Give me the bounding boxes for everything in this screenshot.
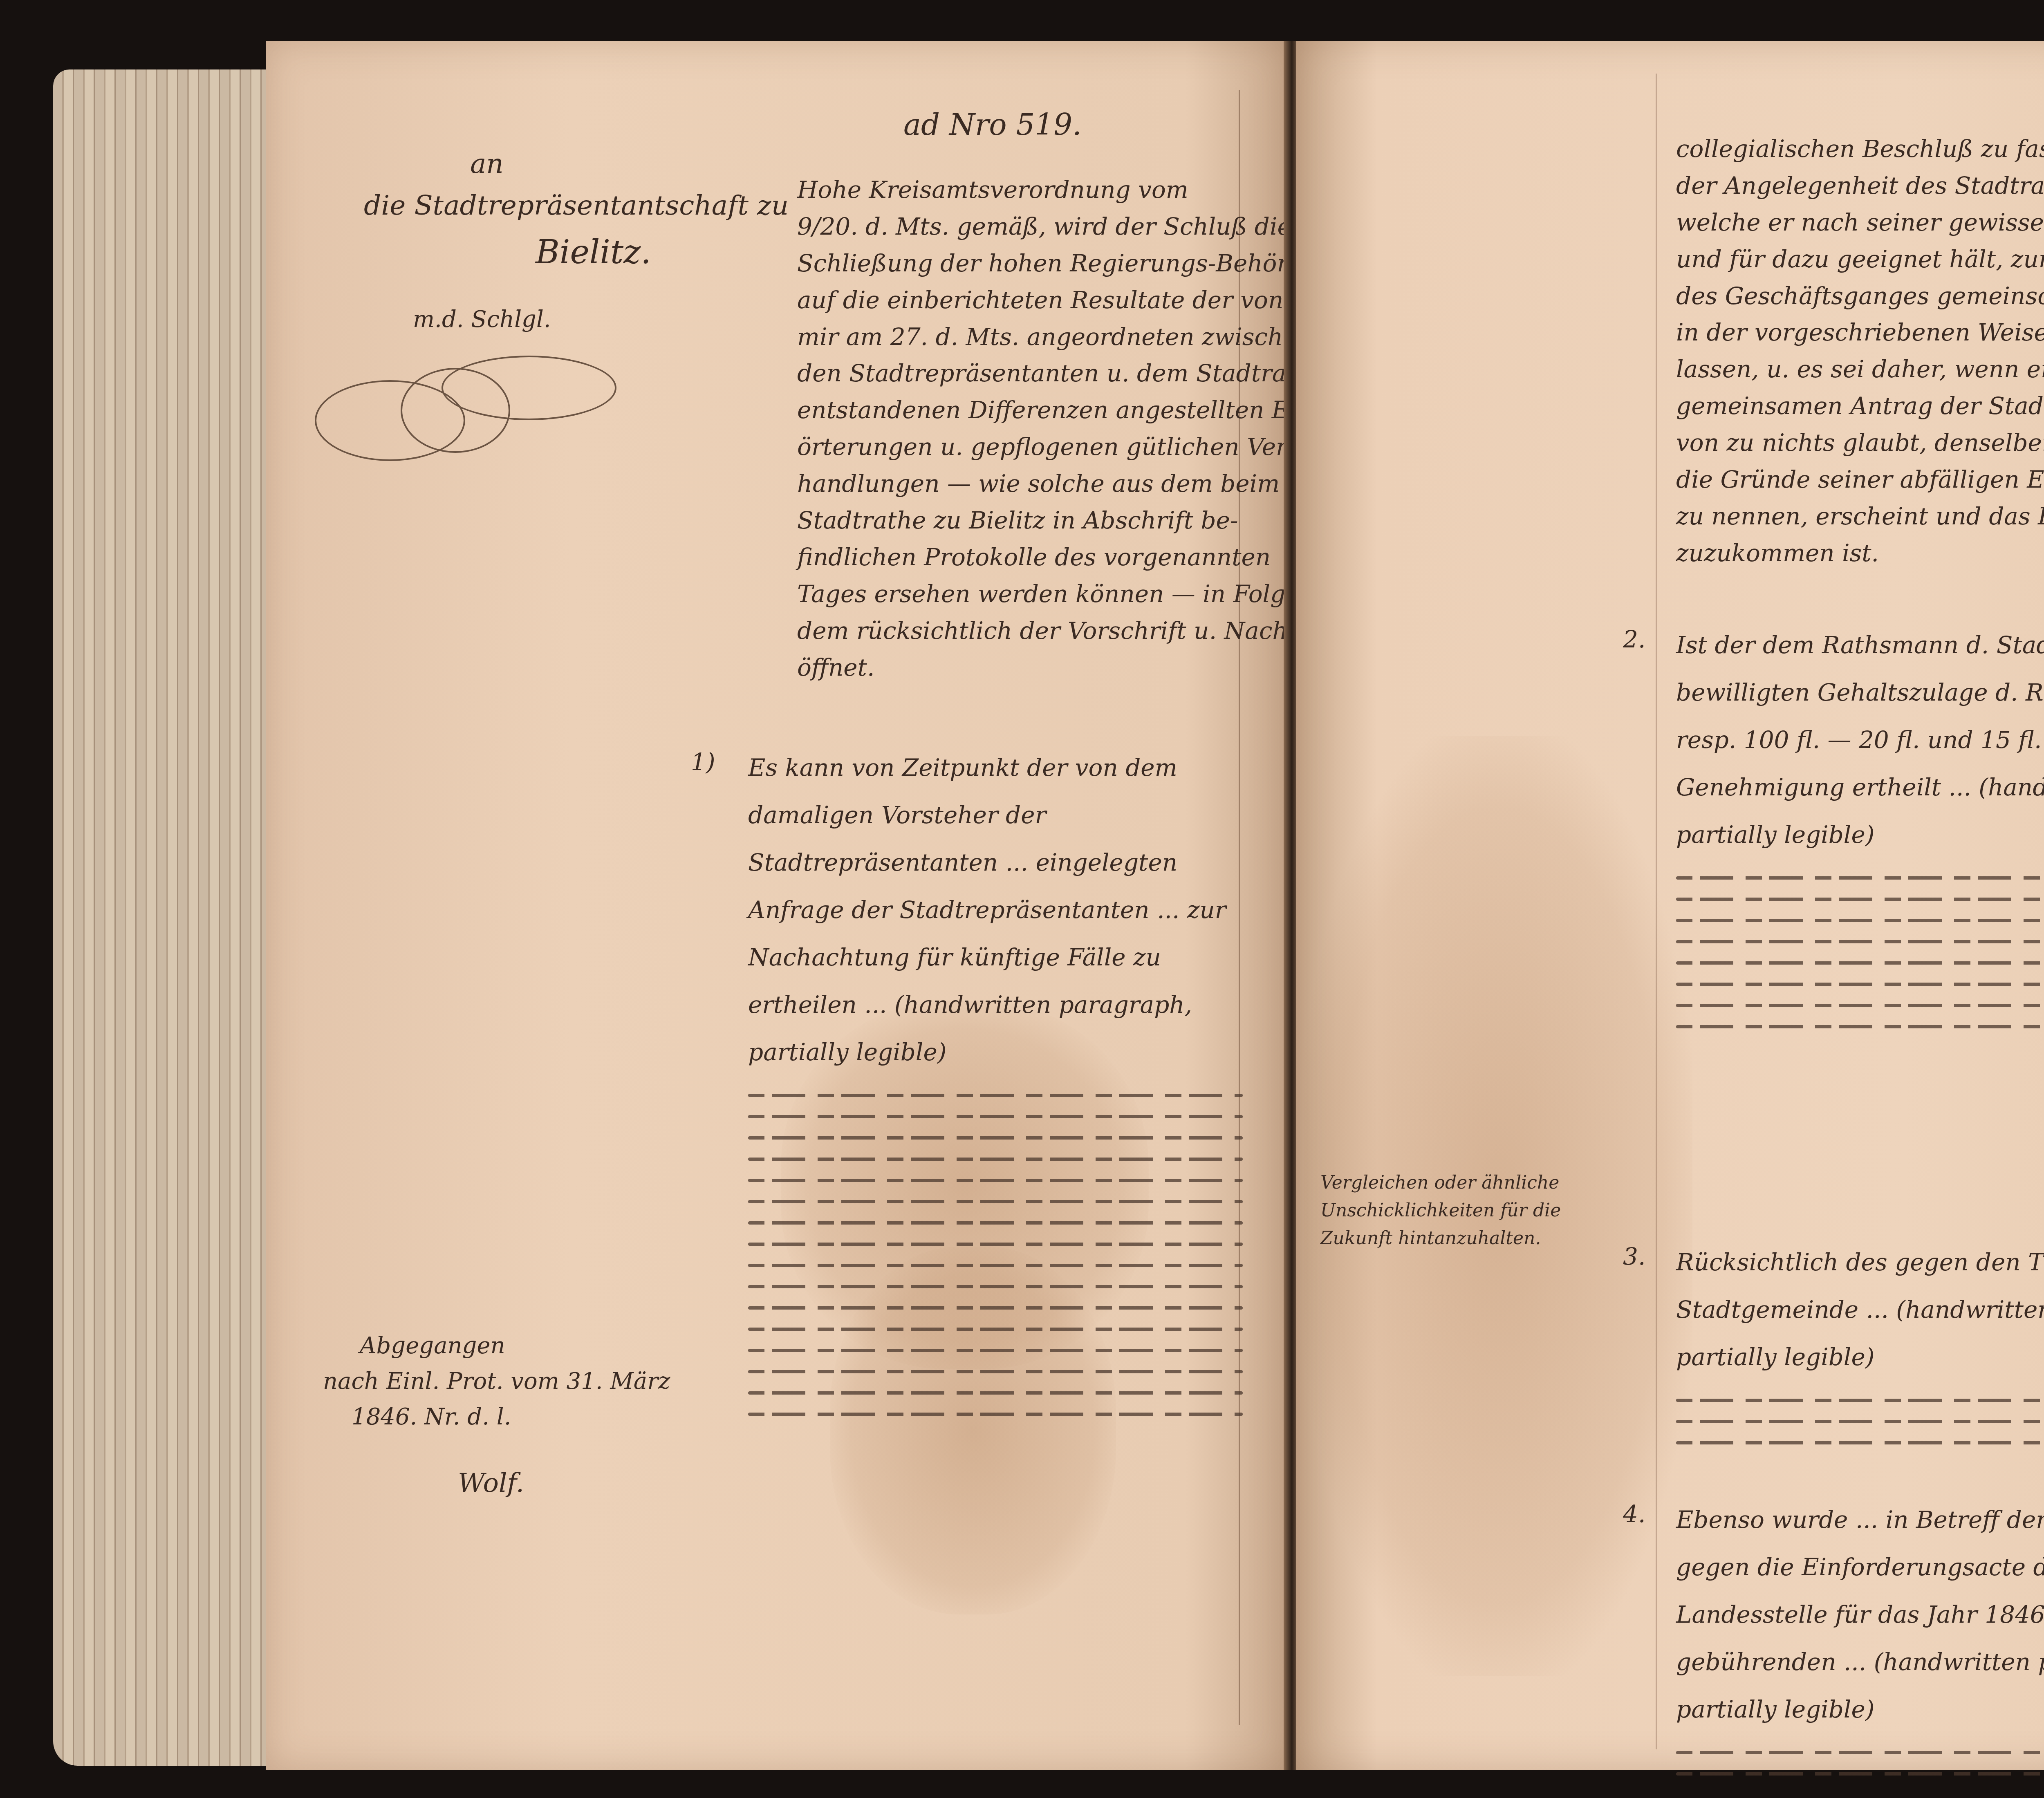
body-line: auf die einberichteten Resultate der von: [797, 282, 1267, 319]
address-line-3: Bielitz.: [364, 227, 789, 278]
note-line-1: Abgegangen: [323, 1328, 670, 1364]
body-line: von zu nichts glaubt, denselben wenigste…: [1676, 425, 2044, 461]
open-bound-volume: ad Nro 519. an die Stadtrepräsentantscha…: [53, 16, 2044, 1786]
item-1-text: Es kann von Zeitpunkt der von dem damali…: [748, 744, 1243, 1076]
item-3-text: Rücksichtlich des gegen den Theilverkauf…: [1676, 1238, 2044, 1381]
body-line: 9/20. d. Mts. gemäß, wird der Schluß die…: [797, 208, 1267, 245]
note-line: Vergleichen oder ähnliche: [1320, 1169, 1561, 1197]
body-line: dem rücksichtlich der Vorschrift u. Nach…: [797, 613, 1267, 649]
left-page-stack-edge: [53, 69, 282, 1766]
item-4: 4. Ebenso wurde ... in Betreff der Einsc…: [1623, 1496, 2044, 1794]
body-line: entstandenen Differenzen angestellten Er…: [797, 392, 1267, 429]
body-line: mir am 27. d. Mts. angeordneten zwischen: [797, 319, 1267, 356]
item-1: 1) Es kann von Zeitpunkt der von dem dam…: [691, 744, 1243, 1434]
address-line-2: die Stadtrepräsentantschaft zu: [364, 185, 789, 226]
body-line: den Stadtrepräsentanten u. dem Stadtrath…: [797, 355, 1267, 392]
illegible-handwriting: [1676, 876, 2044, 1028]
note-line: Unschicklichkeiten für die: [1320, 1197, 1561, 1225]
body-line: Stadtrathe zu Bielitz in Abschrift be-: [797, 502, 1267, 539]
item-2-text: Ist der dem Rathsmann d. Stadtrichter Li…: [1676, 621, 2044, 858]
body-line: zu nennen, erscheint und das Erforderlic…: [1676, 498, 2044, 535]
item-3: 3. Rücksichtlich des gegen den Theilverk…: [1623, 1238, 2044, 1462]
body-line: handlungen — wie solche aus dem beim: [797, 466, 1267, 502]
decorative-flourish: [442, 356, 616, 420]
note-line: Zukunft hintanzuhalten.: [1320, 1225, 1561, 1252]
body-line: Tages ersehen werden können — in Folgen-: [797, 576, 1267, 613]
item-4-number: 4.: [1623, 1500, 1645, 1528]
marginal-dispatch-note: Abgegangen nach Einl. Prot. vom 31. März…: [323, 1328, 670, 1504]
signature: Wolf.: [323, 1463, 670, 1504]
letter-body: Hohe Kreisamtsverordnung vom 9/20. d. Mt…: [797, 172, 1267, 686]
illegible-handwriting: [748, 1094, 1243, 1416]
item-2: 2. Ist der dem Rathsmann d. Stadtrichter…: [1623, 621, 2044, 1046]
margin-insertion-note: Vergleichen oder ähnliche Unschicklichke…: [1320, 1169, 1561, 1253]
body-line: die Gründe seiner abfälligen Entschließu…: [1676, 461, 2044, 498]
body-line: Schließung der hohen Regierungs-Behörde: [797, 245, 1267, 282]
illegible-handwriting: [1676, 1399, 2044, 1444]
left-page: ad Nro 519. an die Stadtrepräsentantscha…: [266, 41, 1288, 1770]
body-line: des Geschäftsganges gemeinschaftliche Si…: [1676, 278, 2044, 315]
body-line: lassen, u. es sei daher, wenn er einen s…: [1676, 351, 2044, 388]
body-line: öffnet.: [797, 649, 1267, 686]
item-4-text: Ebenso wurde ... in Betreff der Einschal…: [1676, 1496, 2044, 1733]
body-line: örterungen u. gepflogenen gütlichen Ver-: [797, 429, 1267, 466]
body-line: zuzukommen ist.: [1676, 535, 2044, 572]
body-line: und für dazu geeignet hält, zur Abkürzun…: [1676, 241, 2044, 278]
item-1-number: 1): [691, 748, 715, 776]
address-line-1: an: [364, 143, 789, 185]
body-line: Hohe Kreisamtsverordnung vom: [797, 172, 1267, 208]
letter-body-continued: collegialischen Beschluß zu fassen, welc…: [1676, 131, 2044, 572]
item-2-number: 2.: [1623, 625, 1645, 653]
body-line: gemeinsamen Antrag der Stadtrepräsentant…: [1676, 388, 2044, 425]
note-line-2: nach Einl. Prot. vom 31. März: [323, 1364, 670, 1399]
address-block: an die Stadtrepräsentantschaft zu Bielit…: [364, 143, 789, 337]
item-3-number: 3.: [1623, 1243, 1645, 1270]
illegible-handwriting: [1676, 1751, 2044, 1776]
body-line: collegialischen Beschluß zu fassen, welc…: [1676, 131, 2044, 168]
address-initials: m.d. Schlgl.: [364, 302, 789, 338]
note-line-3: 1846. Nr. d. l.: [323, 1399, 670, 1435]
body-line: findlichen Protokolle des vorgenannten: [797, 539, 1267, 576]
body-line: der Angelegenheit des Stadtraths Bruchal…: [1676, 168, 2044, 204]
body-line: welche er nach seiner gewissenhaften Übe…: [1676, 204, 2044, 241]
body-line: in der vorgeschriebenen Weise einzuleite…: [1676, 314, 2044, 351]
file-reference: ad Nro 519.: [903, 102, 1082, 148]
right-page: 152. Vergleichen oder ähnliche Unschickl…: [1296, 41, 2044, 1770]
